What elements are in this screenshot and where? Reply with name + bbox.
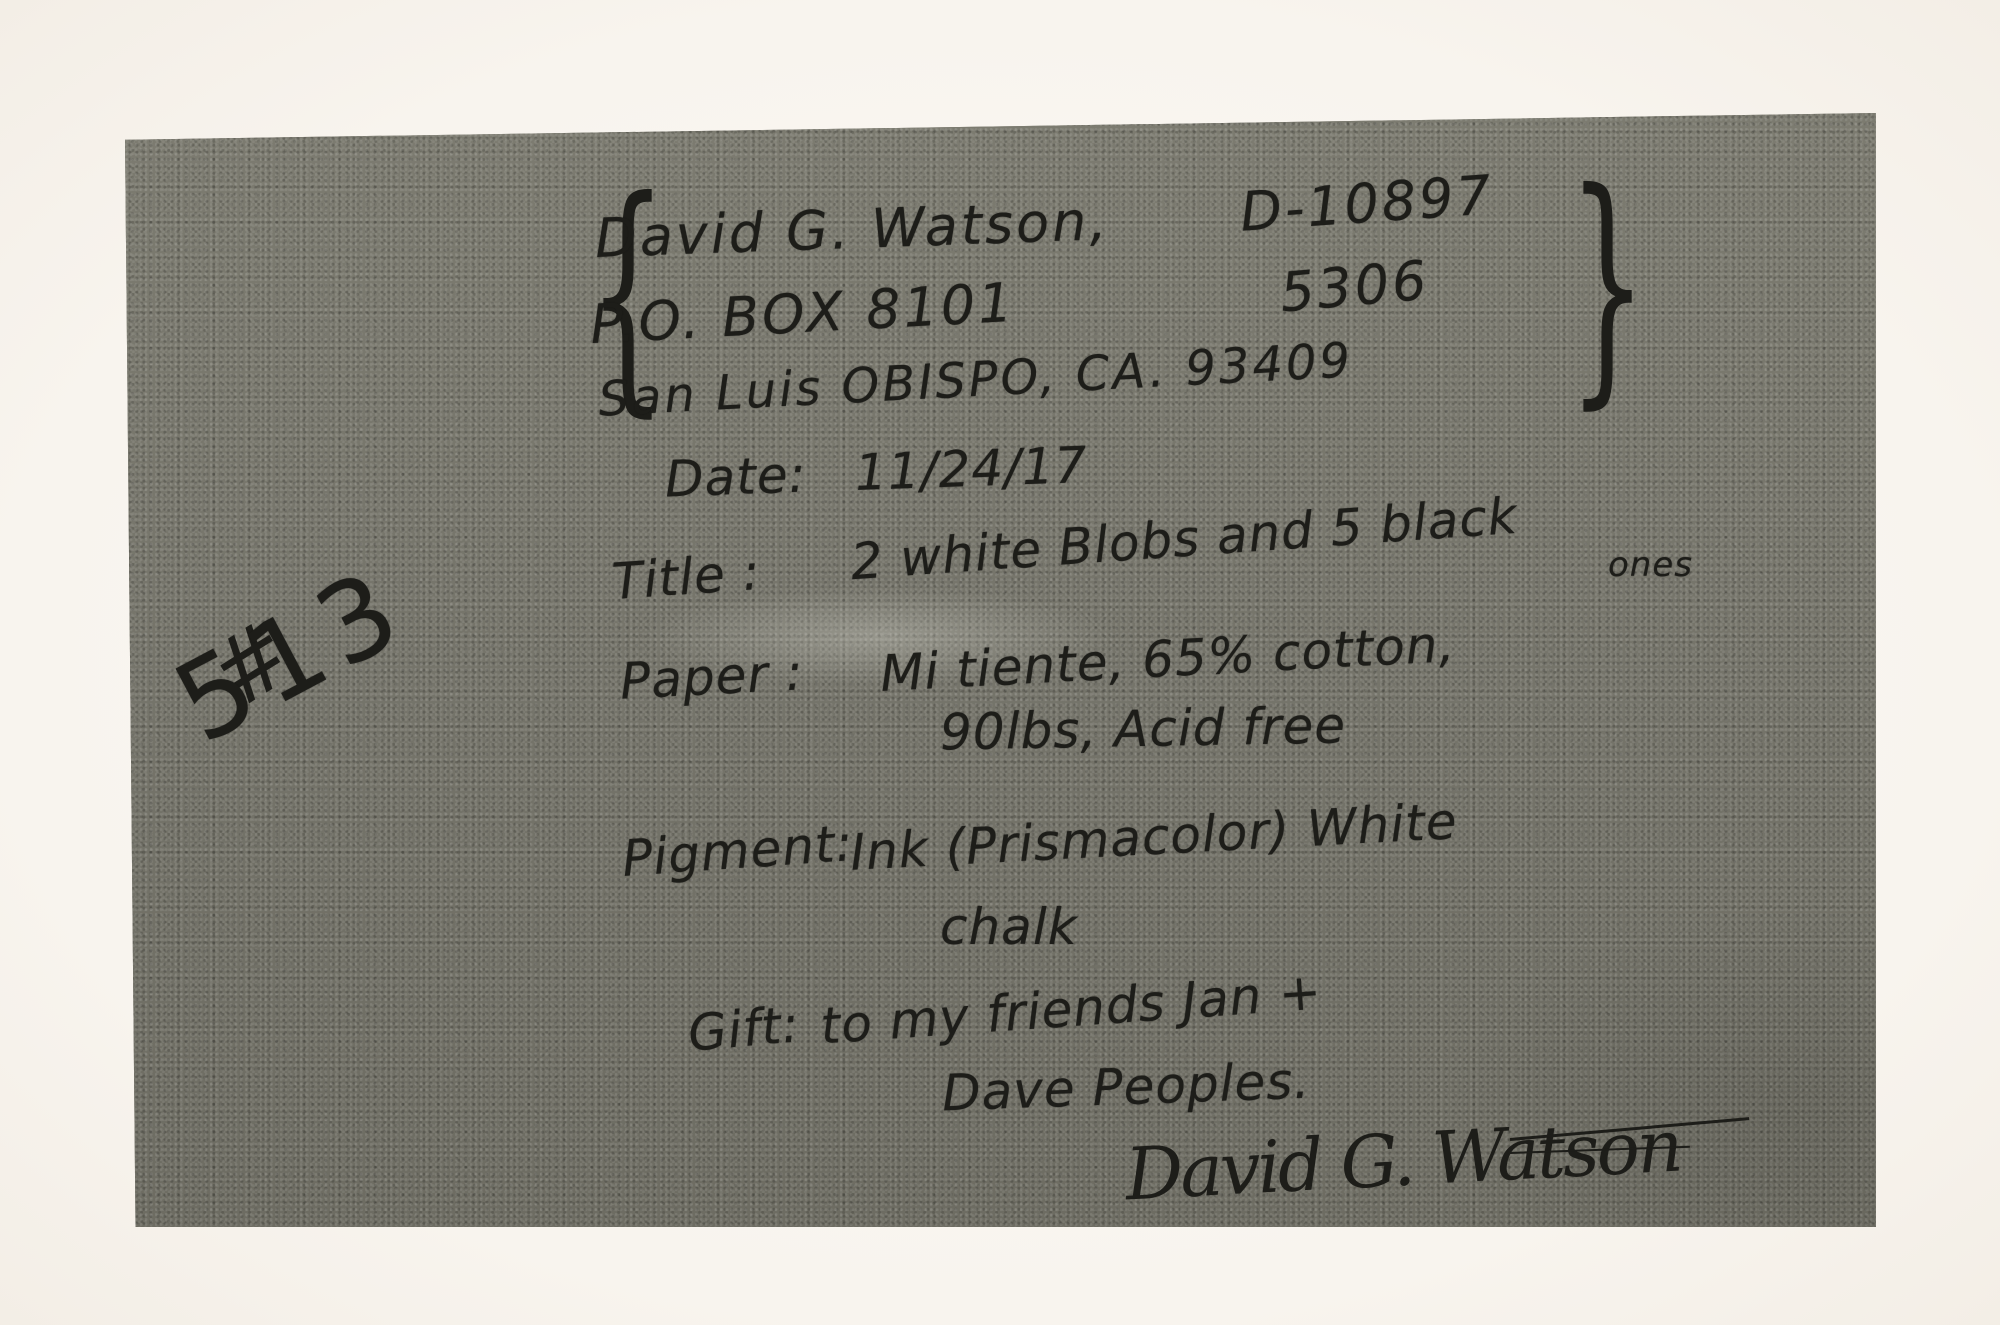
paper-value-cont: 90lbs, Acid free [940, 696, 1347, 761]
date-value: 11/24/17 [854, 436, 1088, 502]
extra-code: 5306 [1278, 249, 1432, 325]
paper-label: Paper : [619, 643, 805, 711]
title-value-cont: ones [1608, 545, 1693, 585]
gift-label: Gift: [686, 995, 802, 1063]
right-brace: } [1568, 160, 1648, 410]
pigment-value-cont: chalk [940, 898, 1078, 956]
title-label: Title : [610, 543, 762, 611]
date-label: Date: [664, 446, 807, 509]
